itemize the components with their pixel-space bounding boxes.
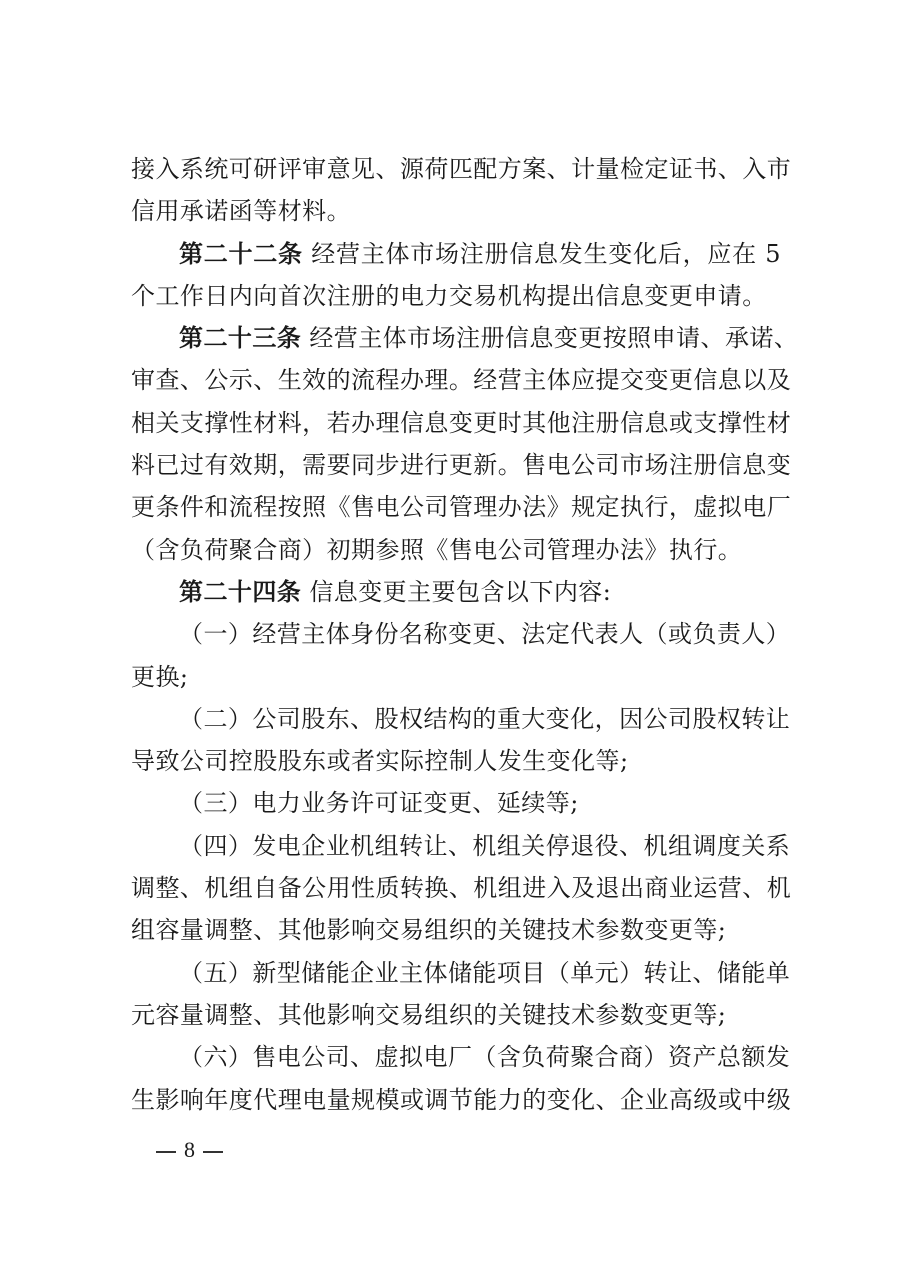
text-line: 元容量调整、其他影响交易组织的关键技术参数变更等;	[131, 994, 781, 1036]
article-text: 经营主体市场注册信息发生变化后，应在 5	[303, 240, 781, 268]
page-number: 8	[148, 1135, 231, 1165]
text-line: 接入系统可研评审意见、源荷匹配方案、计量检定证书、入市	[131, 148, 781, 190]
list-item-1: （一）经营主体身份名称变更、法定代表人（或负责人）	[131, 613, 781, 655]
article-text: 信息变更主要包含以下内容:	[301, 578, 611, 606]
article-24-line: 第二十四条 信息变更主要包含以下内容:	[131, 571, 781, 613]
dash-left	[156, 1151, 176, 1153]
article-title: 第二十二条	[179, 240, 303, 268]
list-item-2: （二）公司股东、股权结构的重大变化，因公司股权转让	[131, 698, 781, 740]
list-item-3: （三）电力业务许可证变更、延续等;	[131, 782, 781, 824]
article-title: 第二十三条	[179, 324, 301, 352]
list-item-6: （六）售电公司、虚拟电厂（含负荷聚合商）资产总额发	[131, 1036, 781, 1078]
article-title: 第二十四条	[179, 578, 301, 606]
text-line: 更换;	[131, 656, 781, 698]
article-22-line: 第二十二条 经营主体市场注册信息发生变化后，应在 5	[131, 233, 781, 275]
document-page: 接入系统可研评审意见、源荷匹配方案、计量检定证书、入市 信用承诺函等材料。 第二…	[0, 0, 900, 1272]
text-line: 生影响年度代理电量规模或调节能力的变化、企业高级或中级	[131, 1079, 781, 1121]
text-line: 更条件和流程按照《售电公司管理办法》规定执行，虚拟电厂	[131, 486, 781, 528]
text-line: 组容量调整、其他影响交易组织的关键技术参数变更等;	[131, 909, 781, 951]
list-item-5: （五）新型储能企业主体储能项目（单元）转让、储能单	[131, 952, 781, 994]
text-line: 料已过有效期，需要同步进行更新。售电公司市场注册信息变	[131, 444, 781, 486]
dash-right	[203, 1151, 223, 1153]
page-number-value: 8	[184, 1137, 195, 1162]
text-line: 个工作日内向首次注册的电力交易机构提出信息变更申请。	[131, 275, 781, 317]
document-body: 接入系统可研评审意见、源荷匹配方案、计量检定证书、入市 信用承诺函等材料。 第二…	[131, 148, 781, 1121]
text-line: 审查、公示、生效的流程办理。经营主体应提交变更信息以及	[131, 359, 781, 401]
list-item-4: （四）发电企业机组转让、机组关停退役、机组调度关系	[131, 825, 781, 867]
article-text: 经营主体市场注册信息变更按照申请、承诺、	[301, 324, 798, 352]
text-line: 导致公司控股股东或者实际控制人发生变化等;	[131, 740, 781, 782]
text-line: （含负荷聚合商）初期参照《售电公司管理办法》执行。	[131, 529, 781, 571]
text-line: 信用承诺函等材料。	[131, 190, 781, 232]
article-23-line: 第二十三条 经营主体市场注册信息变更按照申请、承诺、	[131, 317, 781, 359]
text-line: 调整、机组自备公用性质转换、机组进入及退出商业运营、机	[131, 867, 781, 909]
text-line: 相关支撑性材料，若办理信息变更时其他注册信息或支撑性材	[131, 402, 781, 444]
